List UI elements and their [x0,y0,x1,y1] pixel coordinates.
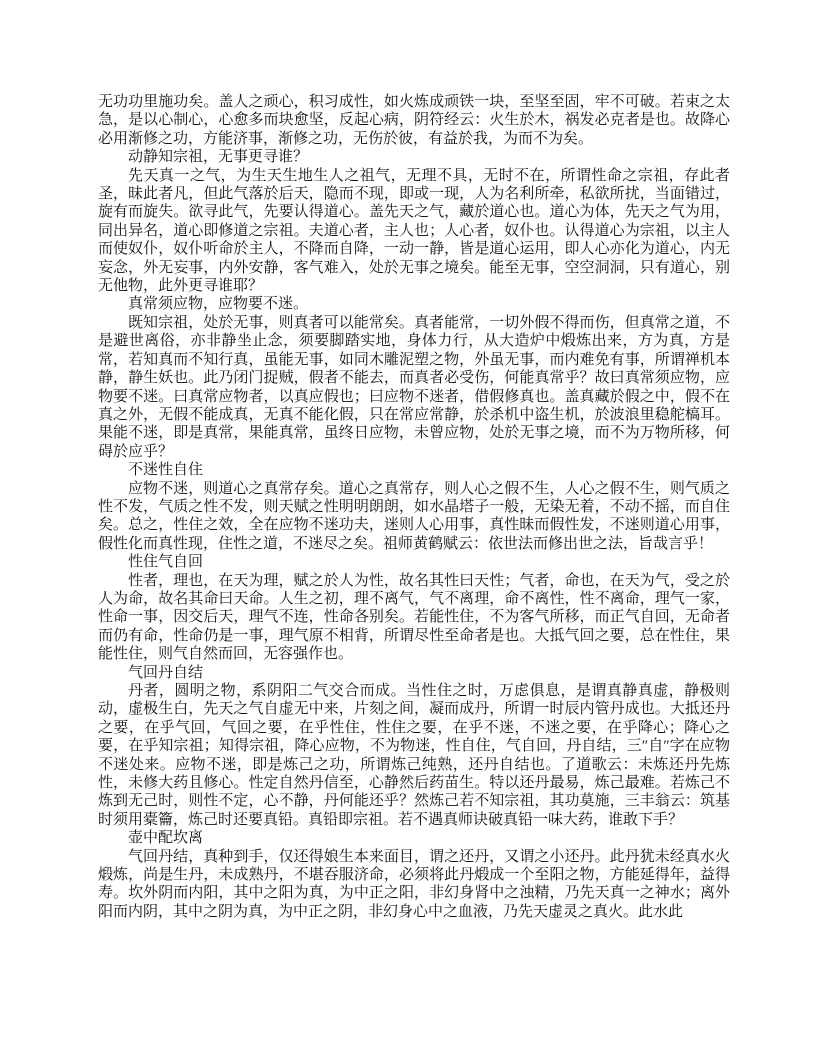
section-heading: 壶中配坎离 [98,829,730,847]
section-heading: 不迷性自住 [98,461,730,479]
paragraph: 丹者，圆明之物，系阴阳二气交合而成。当性住之时，万虑俱息，是谓真静真虚，静极则动… [98,682,730,829]
paragraph: 无功功里施功矣。盖人之顽心，积习成性，如火炼成顽铁一块，至坚至固，牢不可破。若束… [98,93,730,148]
paragraph: 气回丹结，真种到手，仅还得娘生本来面目，谓之还丹，又谓之小还丹。此丹犹未经真水火… [98,848,730,922]
document-page: 无功功里施功矣。盖人之顽心，积习成性，如火炼成顽铁一块，至坚至固，牢不可破。若束… [0,0,816,1056]
verse-line: 真常须应物，应物要不迷。 [98,295,730,313]
paragraph: 性者，理也，在天为理，赋之於人为性，故名其性曰天性；气者，命也，在天为气，受之於… [98,572,730,664]
section-heading: 性住气自回 [98,553,730,571]
paragraph: 先天真一之气，为生天生地生人之祖气，无理不具，无时不在，所谓性命之宗祖，存此者圣… [98,167,730,296]
section-heading: 气回丹自结 [98,664,730,682]
paragraph: 既知宗祖，处於无事，则真者可以能常矣。真者能常，一切外假不得而伤，但真常之道，不… [98,314,730,461]
paragraph: 应物不迷，则道心之真常存矣。道心之真常存，则人心之假不生，人心之假不生，则气质之… [98,480,730,554]
document-body: 无功功里施功矣。盖人之顽心，积习成性，如火炼成顽铁一块，至坚至固，牢不可破。若束… [98,93,730,921]
verse-line: 动静知宗祖，无事更寻谁？ [98,148,730,166]
